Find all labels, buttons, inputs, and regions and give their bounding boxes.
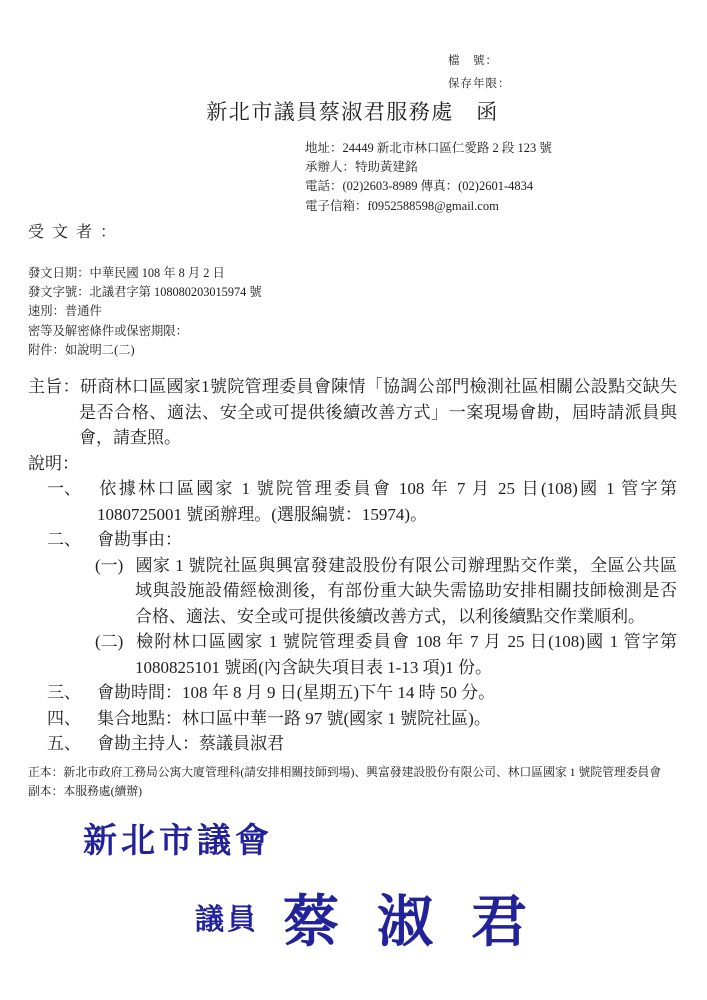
item-2-marker: 二、 (47, 527, 97, 553)
item-4-text: 集合地點：林口區中華一路 97 號(國家 1 號院社區)。 (97, 709, 491, 728)
explanation-item-1: 一、依據林口區國家 1 號院管理委員會 108 年 7 月 25 日(108)國… (28, 476, 677, 527)
recipient-label: 受文者： (28, 222, 677, 244)
explanation-item-4: 四、集合地點：林口區中華一路 97 號(國家 1 號院社區)。 (28, 706, 677, 732)
explanation-item-2: 二、會勘事由： (28, 527, 677, 553)
original-copy-line: 正本：新北市政府工務局公寓大廈管理科(請安排相關技師到場)、興富發建設股份有限公… (28, 763, 677, 782)
item-1-text: 依據林口區國家 1 號院管理委員會 108 年 7 月 25 日(108)國 1… (97, 479, 677, 524)
signature-council-stamp: 新北市議會 (83, 813, 677, 862)
explanation-item-3: 三、會勘時間：108 年 8 月 9 日(星期五)下午 14 時 50 分。 (28, 680, 677, 706)
sub-item-1-marker: (一) (95, 553, 135, 579)
official-letter-page: 檔 號： 保存年限： 新北市議員蔡淑君服務處 函 地址：24449 新北市林口區… (0, 0, 707, 1000)
cc-copy-label: 副本： (28, 784, 63, 798)
explanation-item-5: 五、會勘主持人：蔡議員淑君 (28, 731, 677, 757)
security-line: 密等及解密條件或保密期限： (28, 322, 677, 341)
document-title: 新北市議員蔡淑君服務處 函 (28, 0, 677, 126)
cc-copy-line: 副本：本服務處(續辦) (28, 782, 677, 801)
signature-block: 新北市議會 議員 蔡淑君 (28, 813, 677, 958)
archive-block: 檔 號： 保存年限： (448, 50, 511, 96)
distribution-block: 正本：新北市政府工務局公寓大廈管理科(請安排相關技師到場)、興富發建設股份有限公… (28, 763, 677, 801)
sender-info-block: 地址：24449 新北市林口區仁愛路 2 段 123 號 承辦人：特助黃建銘 電… (305, 139, 677, 216)
explanation-item-2-sub-1: (一)國家 1 號院社區與興富發建設股份有限公司辦理點交作業，全區公共區域與設施… (28, 553, 677, 630)
sub-item-1-text: 國家 1 號院社區與興富發建設股份有限公司辦理點交作業，全區公共區域與設施設備經… (135, 556, 677, 626)
item-4-marker: 四、 (47, 706, 97, 732)
signature-row: 議員 蔡淑君 (195, 878, 677, 958)
sub-item-2-text: 檢附林口區國家 1 號院管理委員會 108 年 7 月 25 日(108)國 1… (135, 632, 677, 677)
item-3-text: 會勘時間：108 年 8 月 9 日(星期五)下午 14 時 50 分。 (97, 683, 495, 702)
sub-item-2-marker: (二) (95, 629, 135, 655)
cc-copy-text: 本服務處(續辦) (63, 784, 142, 798)
explanation-item-2-sub-2: (二)檢附林口區國家 1 號院管理委員會 108 年 7 月 25 日(108)… (28, 629, 677, 680)
archive-number-label: 檔 號： (448, 50, 511, 73)
signature-member-title: 議員 (195, 897, 259, 938)
subject-label: 主旨： (28, 377, 80, 396)
explanation-heading: 說明： (28, 451, 677, 477)
doc-number-line: 發文字號：北議君字第 108080203015974 號 (28, 283, 677, 302)
item-5-text: 會勘主持人：蔡議員淑君 (97, 734, 284, 753)
sender-email: 電子信箱：f0952588598@gmail.com (305, 197, 677, 216)
item-1-marker: 一、 (47, 476, 97, 502)
original-copy-text: 新北市政府工務局公寓大廈管理科(請安排相關技師到場)、興富發建設股份有限公司、林… (63, 765, 661, 779)
issue-date-line: 發文日期：中華民國 108 年 8 月 2 日 (28, 264, 677, 283)
subject-text: 研商林口區國家1號院管理委員會陳情「協調公部門檢測社區相關公設點交缺失是否合格、… (79, 377, 677, 447)
attachment-line: 附件：如說明二(二) (28, 341, 677, 360)
subject-paragraph: 主旨：研商林口區國家1號院管理委員會陳情「協調公部門檢測社區相關公設點交缺失是否… (28, 374, 677, 451)
meta-block: 發文日期：中華民國 108 年 8 月 2 日 發文字號：北議君字第 10808… (28, 264, 677, 360)
item-2-text: 會勘事由： (97, 530, 182, 549)
item-5-marker: 五、 (47, 731, 97, 757)
sender-contact-person: 承辦人：特助黃建銘 (305, 158, 677, 177)
signature-member-name: 蔡淑君 (283, 878, 565, 958)
original-copy-label: 正本： (28, 765, 63, 779)
sender-address: 地址：24449 新北市林口區仁愛路 2 段 123 號 (305, 139, 677, 158)
speed-line: 速別：普通件 (28, 302, 677, 321)
sender-phone-fax: 電話：(02)2603-8989 傳真：(02)2601-4834 (305, 177, 677, 196)
item-3-marker: 三、 (47, 680, 97, 706)
letter-body: 主旨：研商林口區國家1號院管理委員會陳情「協調公部門檢測社區相關公設點交缺失是否… (28, 374, 677, 757)
retention-period-label: 保存年限： (448, 73, 511, 96)
